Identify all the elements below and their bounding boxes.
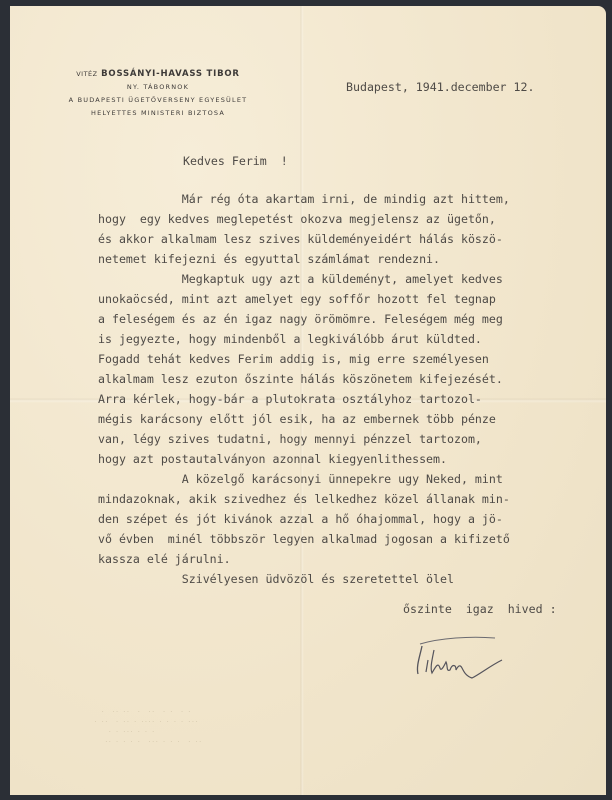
- letter-date: Budapest, 1941.december 12.: [346, 80, 534, 94]
- body-line: mégis karácsony előtt jól esik, ha az em…: [98, 412, 496, 426]
- body-line: Szivélyesen üdvözöl és szeretettel ölel: [98, 572, 454, 586]
- body-line: unokaöcséd, mint azt amelyet egy soffőr …: [98, 292, 496, 306]
- body-line: vő évben minél többször legyen alkalmad …: [98, 532, 510, 546]
- letterhead-name: BOSSÁNYI-HAVASS TIBOR: [101, 69, 240, 79]
- body-line: mindazoknak, akik szivedhez és lelkedhez…: [98, 492, 510, 506]
- body-line: A közelgő karácsonyi ünnepekre ugy Neked…: [98, 472, 503, 486]
- body-line: hogy azt postautalványon azonnal kiegyen…: [98, 452, 447, 466]
- letterhead: VITÉZ BOSSÁNYI-HAVASS TIBOR NY. TÁBORNOK…: [68, 68, 248, 120]
- signoff: őszinte igaz hived :: [403, 602, 557, 616]
- letterhead-organization: A BUDAPESTI ÜGETŐVERSENY EGYESÜLET: [68, 94, 248, 107]
- handwritten-signature: [410, 636, 520, 691]
- body-line: is jegyezte, hogy mindenből a legkiválób…: [98, 332, 482, 346]
- salutation: Kedves Ferim !: [183, 154, 288, 168]
- letterhead-prefix: VITÉZ: [76, 70, 97, 78]
- body-line: Megkaptuk ugy azt a küldeményt, amelyet …: [98, 272, 503, 286]
- body-line: netemet kifejezni és egyuttal számlámat …: [98, 252, 440, 266]
- body-line: alkalmam lesz ezuton őszinte hálás köszö…: [98, 372, 503, 386]
- letterhead-rank: NY. TÁBORNOK: [68, 81, 248, 94]
- body-line: Fogadd tehát kedves Ferim addig is, mig …: [98, 352, 489, 366]
- letterhead-title: VITÉZ BOSSÁNYI-HAVASS TIBOR: [68, 68, 248, 81]
- body-line: hogy egy kedves meglepetést okozva megje…: [98, 212, 496, 226]
- body-line: és akkor alkalmam lesz szives küldeménye…: [98, 232, 503, 246]
- body-line: van, légy szives tudatni, hogy mennyi pé…: [98, 432, 482, 446]
- faded-mirror-text: . .. .. . .. . . . . . .. . .. . .... . …: [90, 706, 290, 761]
- letter-page: VITÉZ BOSSÁNYI-HAVASS TIBOR NY. TÁBORNOK…: [10, 6, 606, 795]
- letterhead-position: HELYETTES MINISTERI BIZTOSA: [68, 107, 248, 120]
- body-line: den szépet és jót kivánok azzal a hő óha…: [98, 512, 503, 526]
- body-line: Már rég óta akartam irni, de mindig azt …: [98, 192, 510, 206]
- body-line: a feleségem és az én igaz nagy örömömre.…: [98, 312, 503, 326]
- body-line: kassza elé járulni.: [98, 552, 231, 566]
- body-line: Arra kérlek, hogy-bár a plutokrata osztá…: [98, 392, 482, 406]
